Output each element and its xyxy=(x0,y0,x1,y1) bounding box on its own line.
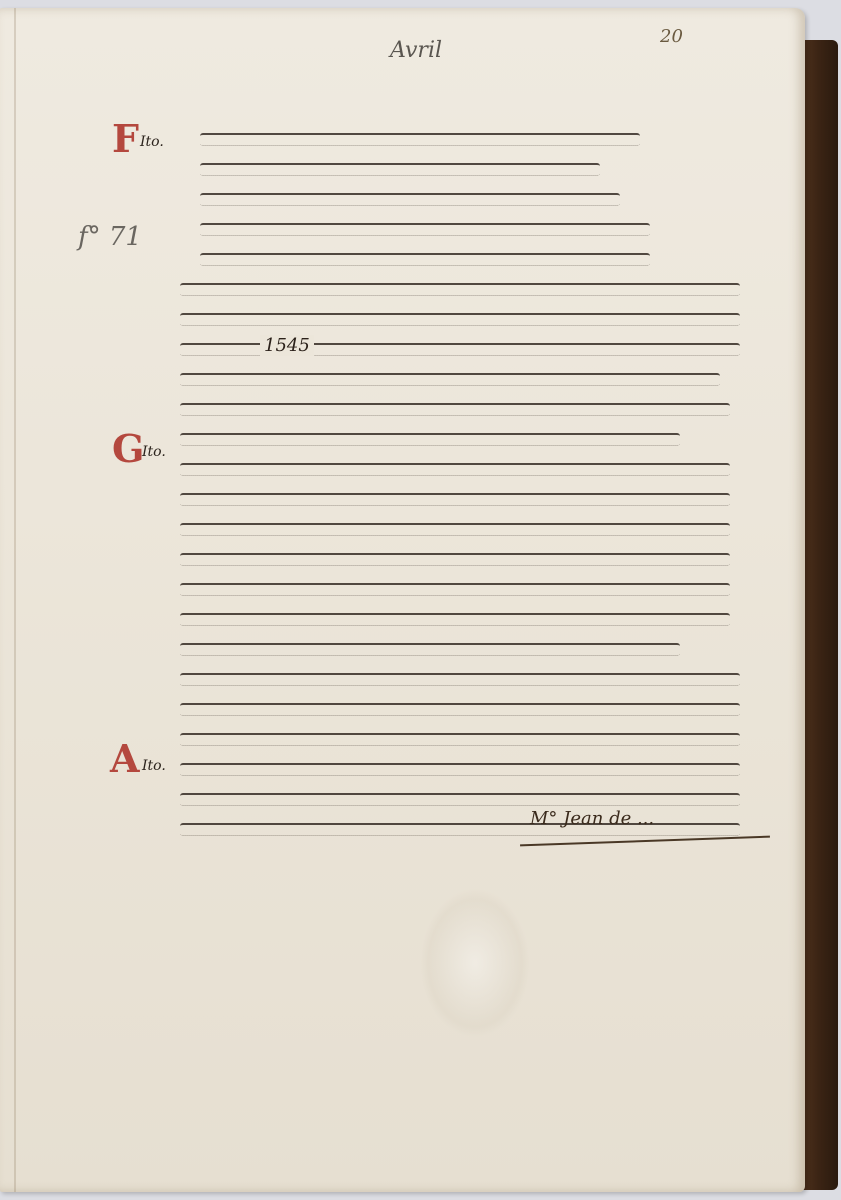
handwriting-line xyxy=(170,633,770,663)
page-crease xyxy=(14,8,16,1192)
handwriting-line: 1545 xyxy=(170,333,770,363)
handwriting-line xyxy=(170,153,770,183)
rubricated-initial: F xyxy=(112,116,139,161)
handwriting-line xyxy=(170,273,770,303)
handwriting-line xyxy=(170,393,770,423)
handwriting-line xyxy=(170,723,770,753)
page-heading: Avril xyxy=(390,38,442,63)
paper-watermark xyxy=(420,888,530,1038)
handwriting-line xyxy=(170,423,770,453)
folio-number: 20 xyxy=(660,26,683,47)
handwriting-line xyxy=(170,543,770,573)
item-mark: Ito. xyxy=(140,134,164,150)
rubricated-initial: A xyxy=(110,736,139,781)
handwriting-line xyxy=(170,753,770,783)
handwriting-line xyxy=(170,783,770,813)
handwriting-line xyxy=(170,243,770,273)
date-text: 1545 xyxy=(260,335,314,356)
handwritten-body: 1545 xyxy=(170,123,770,843)
item-mark: Ito. xyxy=(142,758,166,774)
item-mark: Ito. xyxy=(142,444,166,460)
handwriting-line xyxy=(170,213,770,243)
handwriting-line xyxy=(170,183,770,213)
handwriting-line xyxy=(170,603,770,633)
handwriting-line xyxy=(170,363,770,393)
handwriting-line xyxy=(170,573,770,603)
margin-note: f° 71 xyxy=(78,222,142,252)
manuscript-page: Avril 20 f° 71 F Ito. G Ito. A Ito. 1545 xyxy=(0,8,805,1192)
handwriting-line xyxy=(170,453,770,483)
handwriting-line xyxy=(170,123,770,153)
signature: M° Jean de ... xyxy=(530,808,654,829)
handwriting-line xyxy=(170,513,770,543)
handwriting-line xyxy=(170,303,770,333)
handwriting-line xyxy=(170,663,770,693)
handwriting-line xyxy=(170,693,770,723)
rubricated-initial: G xyxy=(112,426,144,471)
handwriting-line xyxy=(170,483,770,513)
